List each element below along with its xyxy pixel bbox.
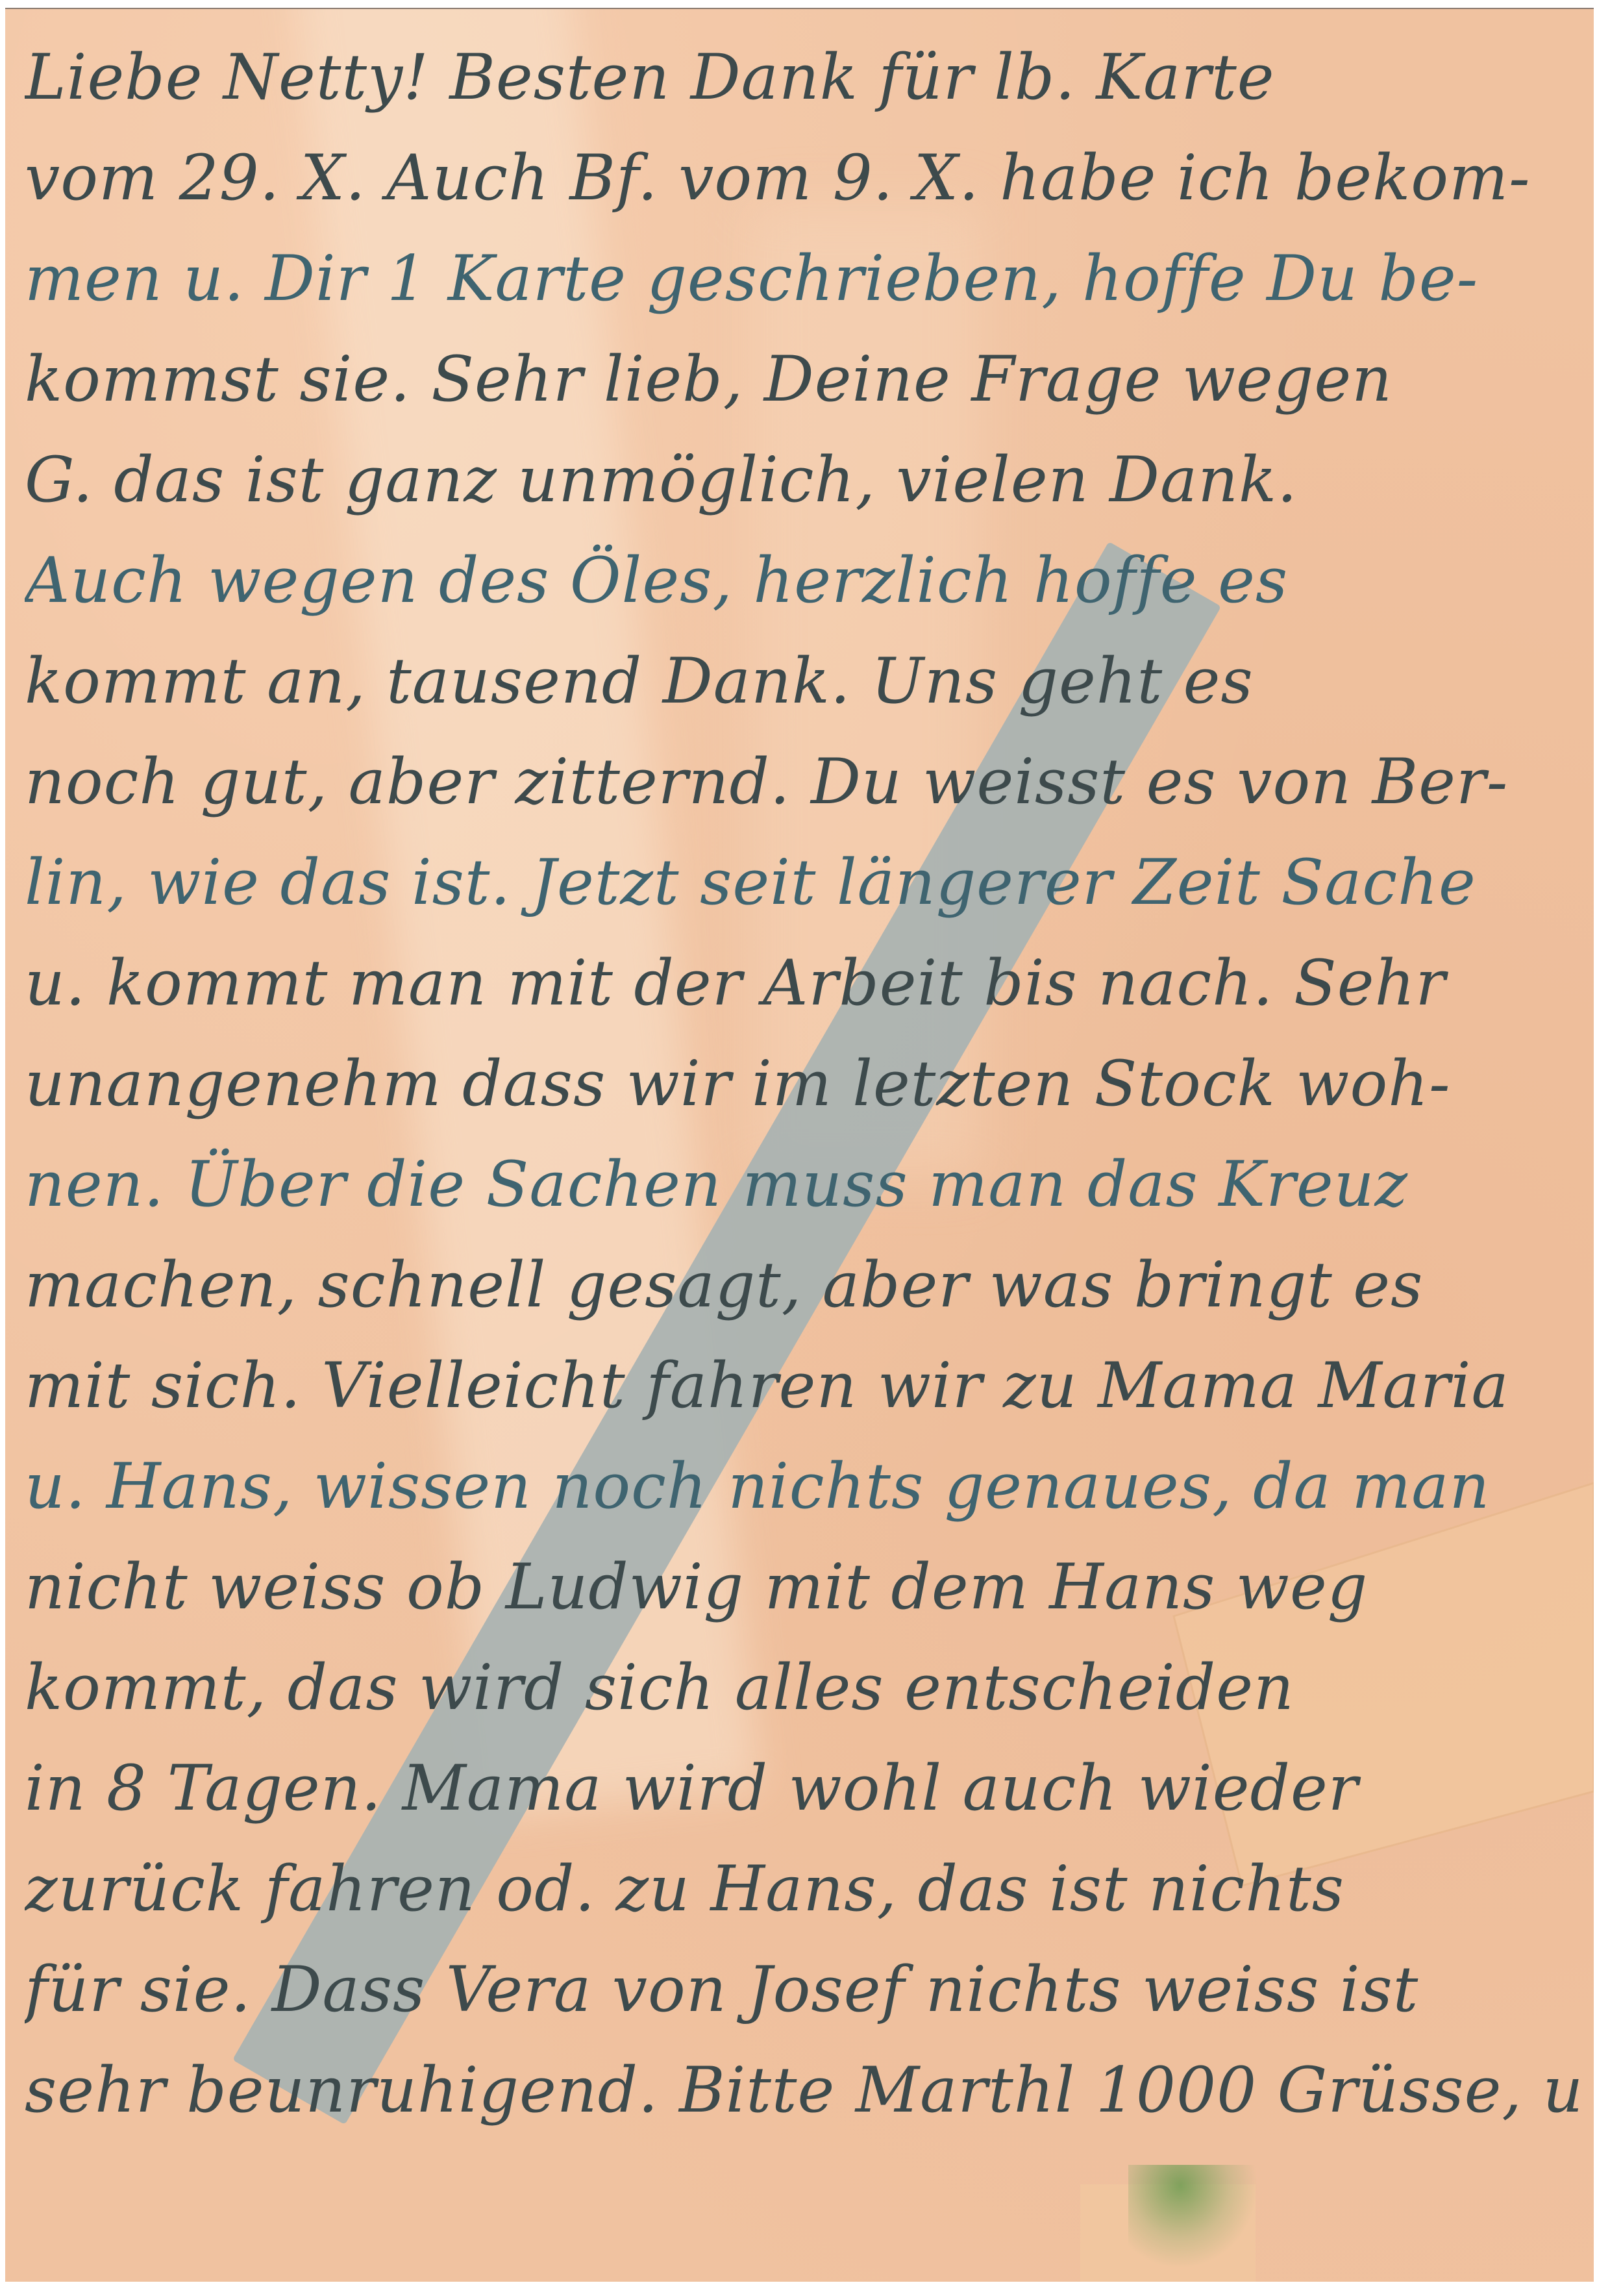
handwritten-line: zurück fahren od. zu Hans, das ist nicht…	[25, 1847, 1581, 1931]
handwritten-line: in 8 Tagen. Mama wird wohl auch wieder	[25, 1746, 1581, 1830]
handwritten-line: kommt an, tausend Dank. Uns geht es	[25, 639, 1581, 723]
handwritten-line: men u. Dir 1 Karte geschrieben, hoffe Du…	[25, 236, 1581, 321]
handwritten-line: noch gut, aber zitternd. Du weisst es vo…	[25, 740, 1581, 824]
handwritten-line: G. das ist ganz unmöglich, vielen Dank.	[25, 438, 1581, 522]
handwritten-line: kommst sie. Sehr lieb, Deine Frage wegen	[25, 337, 1581, 421]
handwritten-line: sehr beunruhigend. Bitte Marthl 1000 Grü…	[25, 2048, 1581, 2132]
handwritten-line: für sie. Dass Vera von Josef nichts weis…	[25, 1947, 1581, 2032]
handwritten-line: u. kommt man mit der Arbeit bis nach. Se…	[25, 941, 1581, 1025]
handwritten-line: mit sich. Vielleicht fahren wir zu Mama …	[25, 1343, 1581, 1428]
handwritten-line: u. Hans, wissen noch nichts genaues, da …	[25, 1444, 1581, 1529]
handwritten-line: Liebe Netty! Besten Dank für lb. Karte	[25, 35, 1581, 119]
handwritten-line: kommt, das wird sich alles entscheiden	[25, 1645, 1581, 1730]
handwritten-line: Auch wegen des Öles, herzlich hoffe es	[25, 538, 1581, 623]
postcard: Liebe Netty! Besten Dank für lb. Karte v…	[5, 8, 1594, 2282]
handwritten-line: unangenehm dass wir im letzten Stock woh…	[25, 1042, 1581, 1126]
mold-stain	[1128, 2165, 1258, 2269]
handwritten-line: nen. Über die Sachen muss man das Kreuz	[25, 1142, 1581, 1227]
handwritten-line: nicht weiss ob Ludwig mit dem Hans weg	[25, 1545, 1581, 1629]
handwritten-line: lin, wie das ist. Jetzt seit längerer Ze…	[25, 840, 1581, 925]
handwritten-line: machen, schnell gesagt, aber was bringt …	[25, 1243, 1581, 1327]
handwritten-line: vom 29. X. Auch Bf. vom 9. X. habe ich b…	[25, 136, 1581, 220]
